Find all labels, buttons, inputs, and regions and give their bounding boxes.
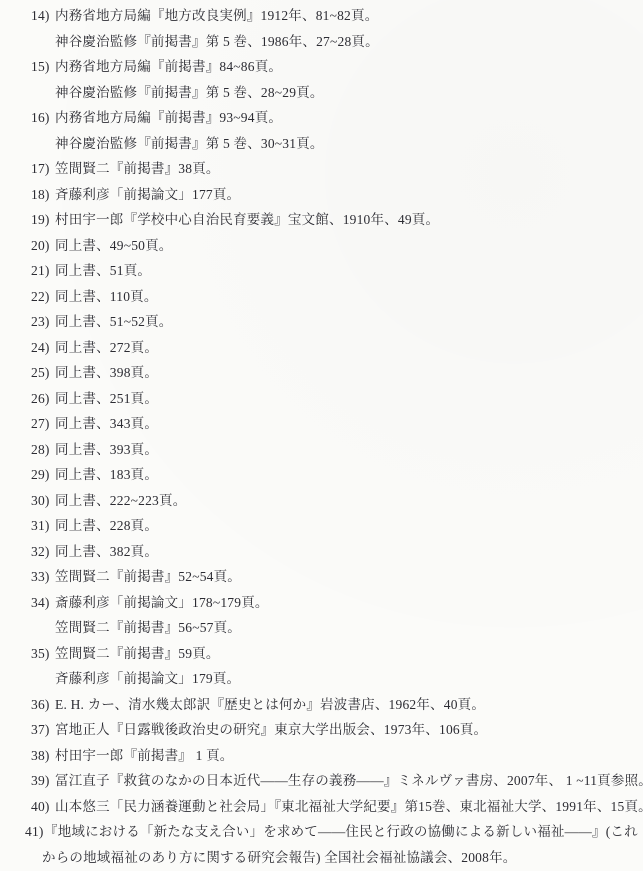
- footnote-text: 笠間賢二『前掲書』59頁。: [55, 641, 643, 667]
- footnote-line: 神谷慶治監修『前掲書』第 5 巻、28~29頁。: [0, 80, 643, 106]
- footnote-number: 22): [31, 284, 50, 310]
- footnote-number: 29): [31, 462, 50, 488]
- footnote-number: 32): [31, 539, 50, 565]
- footnote-line: 27)同上書、343頁。: [0, 411, 643, 437]
- footnote-number: 26): [31, 386, 50, 412]
- footnote-number: 19): [31, 207, 50, 233]
- footnote-text: 同上書、222~223頁。: [55, 488, 643, 514]
- footnote-number: 40): [31, 794, 50, 820]
- scanned-references-page: 14)内務省地方局編『地方改良実例』1912年、81~82頁。神谷慶治監修『前掲…: [0, 0, 643, 871]
- footnote-line: 22)同上書、110頁。: [0, 284, 643, 310]
- footnote-line: 28)同上書、393頁。: [0, 437, 643, 463]
- footnote-number: 39): [31, 768, 50, 794]
- footnote-number: 38): [31, 743, 50, 769]
- footnote-number: 37): [31, 717, 50, 743]
- footnote-number: 21): [31, 258, 50, 284]
- footnote-text: 内務省地方局編『地方改良実例』1912年、81~82頁。: [55, 3, 643, 29]
- footnote-number: 33): [31, 564, 50, 590]
- footnote-text: 同上書、382頁。: [55, 539, 643, 565]
- footnote-line: 26)同上書、251頁。: [0, 386, 643, 412]
- footnote-text: 村田宇一郎『前掲書』 1 頁。: [55, 743, 643, 769]
- footnote-number: 31): [31, 513, 50, 539]
- footnote-number: 41): [25, 819, 44, 845]
- footnote-line: 18)斉藤利彦「前掲論文」177頁。: [0, 182, 643, 208]
- footnote-text: 同上書、343頁。: [55, 411, 643, 437]
- footnote-line: 40)山本悠三「民力涵養運動と社会局」『東北福祉大学紀要』第15巻、東北福祉大学…: [0, 794, 643, 820]
- footnote-number: 24): [31, 335, 50, 361]
- footnote-text: 同上書、393頁。: [55, 437, 643, 463]
- footnote-line: 15)内務省地方局編『前掲書』84~86頁。: [0, 54, 643, 80]
- footnote-line: 35)笠間賢二『前掲書』59頁。: [0, 641, 643, 667]
- footnote-text: 村田宇一郎『学校中心自治民育要義』宝文館、1910年、49頁。: [55, 207, 643, 233]
- footnote-text: 斉藤利彦「前掲論文」179頁。: [55, 666, 643, 692]
- footnote-line: 31)同上書、228頁。: [0, 513, 643, 539]
- footnote-line: 34)斎藤利彦「前掲論文」178~179頁。: [0, 590, 643, 616]
- footnote-list: 14)内務省地方局編『地方改良実例』1912年、81~82頁。神谷慶治監修『前掲…: [0, 3, 643, 870]
- footnote-text: 笠間賢二『前掲書』52~54頁。: [55, 564, 643, 590]
- footnote-text: からの地域福祉のあり方に関する研究会報告) 全国社会福祉協議会、2008年。: [42, 845, 643, 871]
- footnote-text: 内務省地方局編『前掲書』84~86頁。: [55, 54, 643, 80]
- footnote-line: 30)同上書、222~223頁。: [0, 488, 643, 514]
- footnote-number: 35): [31, 641, 50, 667]
- footnote-text: 笠間賢二『前掲書』56~57頁。: [55, 615, 643, 641]
- footnote-number: 36): [31, 692, 50, 718]
- footnote-text: 同上書、398頁。: [55, 360, 643, 386]
- footnote-number: 34): [31, 590, 50, 616]
- footnote-line: 32)同上書、382頁。: [0, 539, 643, 565]
- footnote-text: 神谷慶治監修『前掲書』第 5 巻、1986年、27~28頁。: [55, 29, 643, 55]
- footnote-text: 内務省地方局編『前掲書』93~94頁。: [55, 105, 643, 131]
- footnote-text: 斎藤利彦「前掲論文」178~179頁。: [55, 590, 643, 616]
- footnote-number: 27): [31, 411, 50, 437]
- footnote-text: 神谷慶治監修『前掲書』第 5 巻、30~31頁。: [55, 131, 643, 157]
- footnote-line: 20)同上書、49~50頁。: [0, 233, 643, 259]
- footnote-line: 39)冨江直子『救貧のなかの日本近代――生存の義務――』ミネルヴァ書房、2007…: [0, 768, 643, 794]
- footnote-line: 21)同上書、51頁。: [0, 258, 643, 284]
- footnote-text: 同上書、228頁。: [55, 513, 643, 539]
- footnote-text: 同上書、51~52頁。: [55, 309, 643, 335]
- footnote-line: 笠間賢二『前掲書』56~57頁。: [0, 615, 643, 641]
- footnote-text: 冨江直子『救貧のなかの日本近代――生存の義務――』ミネルヴァ書房、2007年、 …: [55, 768, 643, 794]
- footnote-text: 『地域における「新たな支え合い」を求めて――住民と行政の協働による新しい福祉――…: [44, 819, 643, 845]
- footnote-text: 同上書、183頁。: [55, 462, 643, 488]
- footnote-number: 15): [31, 54, 50, 80]
- footnote-line: 38)村田宇一郎『前掲書』 1 頁。: [0, 743, 643, 769]
- footnote-line: 37)宮地正人『日露戦後政治史の研究』東京大学出版会、1973年、106頁。: [0, 717, 643, 743]
- footnote-number: 25): [31, 360, 50, 386]
- footnote-text: 同上書、49~50頁。: [55, 233, 643, 259]
- footnote-text: 同上書、272頁。: [55, 335, 643, 361]
- footnote-line: 14)内務省地方局編『地方改良実例』1912年、81~82頁。: [0, 3, 643, 29]
- footnote-line: 19)村田宇一郎『学校中心自治民育要義』宝文館、1910年、49頁。: [0, 207, 643, 233]
- footnote-text: E. H. カー、清水幾太郎訳『歴史とは何か』岩波書店、1962年、40頁。: [55, 692, 643, 718]
- footnote-number: 20): [31, 233, 50, 259]
- footnote-text: 同上書、251頁。: [55, 386, 643, 412]
- footnote-line: 29)同上書、183頁。: [0, 462, 643, 488]
- footnote-text: 同上書、51頁。: [55, 258, 643, 284]
- footnote-line: 33)笠間賢二『前掲書』52~54頁。: [0, 564, 643, 590]
- footnote-number: 28): [31, 437, 50, 463]
- footnote-number: 17): [31, 156, 50, 182]
- footnote-text: 神谷慶治監修『前掲書』第 5 巻、28~29頁。: [55, 80, 643, 106]
- footnote-line: 神谷慶治監修『前掲書』第 5 巻、30~31頁。: [0, 131, 643, 157]
- footnote-text: 同上書、110頁。: [55, 284, 643, 310]
- footnote-line: 36)E. H. カー、清水幾太郎訳『歴史とは何か』岩波書店、1962年、40頁…: [0, 692, 643, 718]
- footnote-line: 16)内務省地方局編『前掲書』93~94頁。: [0, 105, 643, 131]
- footnote-text: 宮地正人『日露戦後政治史の研究』東京大学出版会、1973年、106頁。: [55, 717, 643, 743]
- footnote-number: 30): [31, 488, 50, 514]
- footnote-line: 25)同上書、398頁。: [0, 360, 643, 386]
- footnote-line: 斉藤利彦「前掲論文」179頁。: [0, 666, 643, 692]
- footnote-number: 16): [31, 105, 50, 131]
- footnote-text: 斉藤利彦「前掲論文」177頁。: [55, 182, 643, 208]
- footnote-number: 18): [31, 182, 50, 208]
- footnote-line: 23)同上書、51~52頁。: [0, 309, 643, 335]
- footnote-number: 14): [31, 3, 50, 29]
- footnote-line: からの地域福祉のあり方に関する研究会報告) 全国社会福祉協議会、2008年。: [0, 845, 643, 871]
- footnote-text: 笠間賢二『前掲書』38頁。: [55, 156, 643, 182]
- footnote-number: 23): [31, 309, 50, 335]
- footnote-line: 41)『地域における「新たな支え合い」を求めて――住民と行政の協働による新しい福…: [0, 819, 643, 845]
- footnote-line: 神谷慶治監修『前掲書』第 5 巻、1986年、27~28頁。: [0, 29, 643, 55]
- footnote-text: 山本悠三「民力涵養運動と社会局」『東北福祉大学紀要』第15巻、東北福祉大学、19…: [55, 794, 643, 820]
- footnote-line: 17)笠間賢二『前掲書』38頁。: [0, 156, 643, 182]
- footnote-line: 24)同上書、272頁。: [0, 335, 643, 361]
